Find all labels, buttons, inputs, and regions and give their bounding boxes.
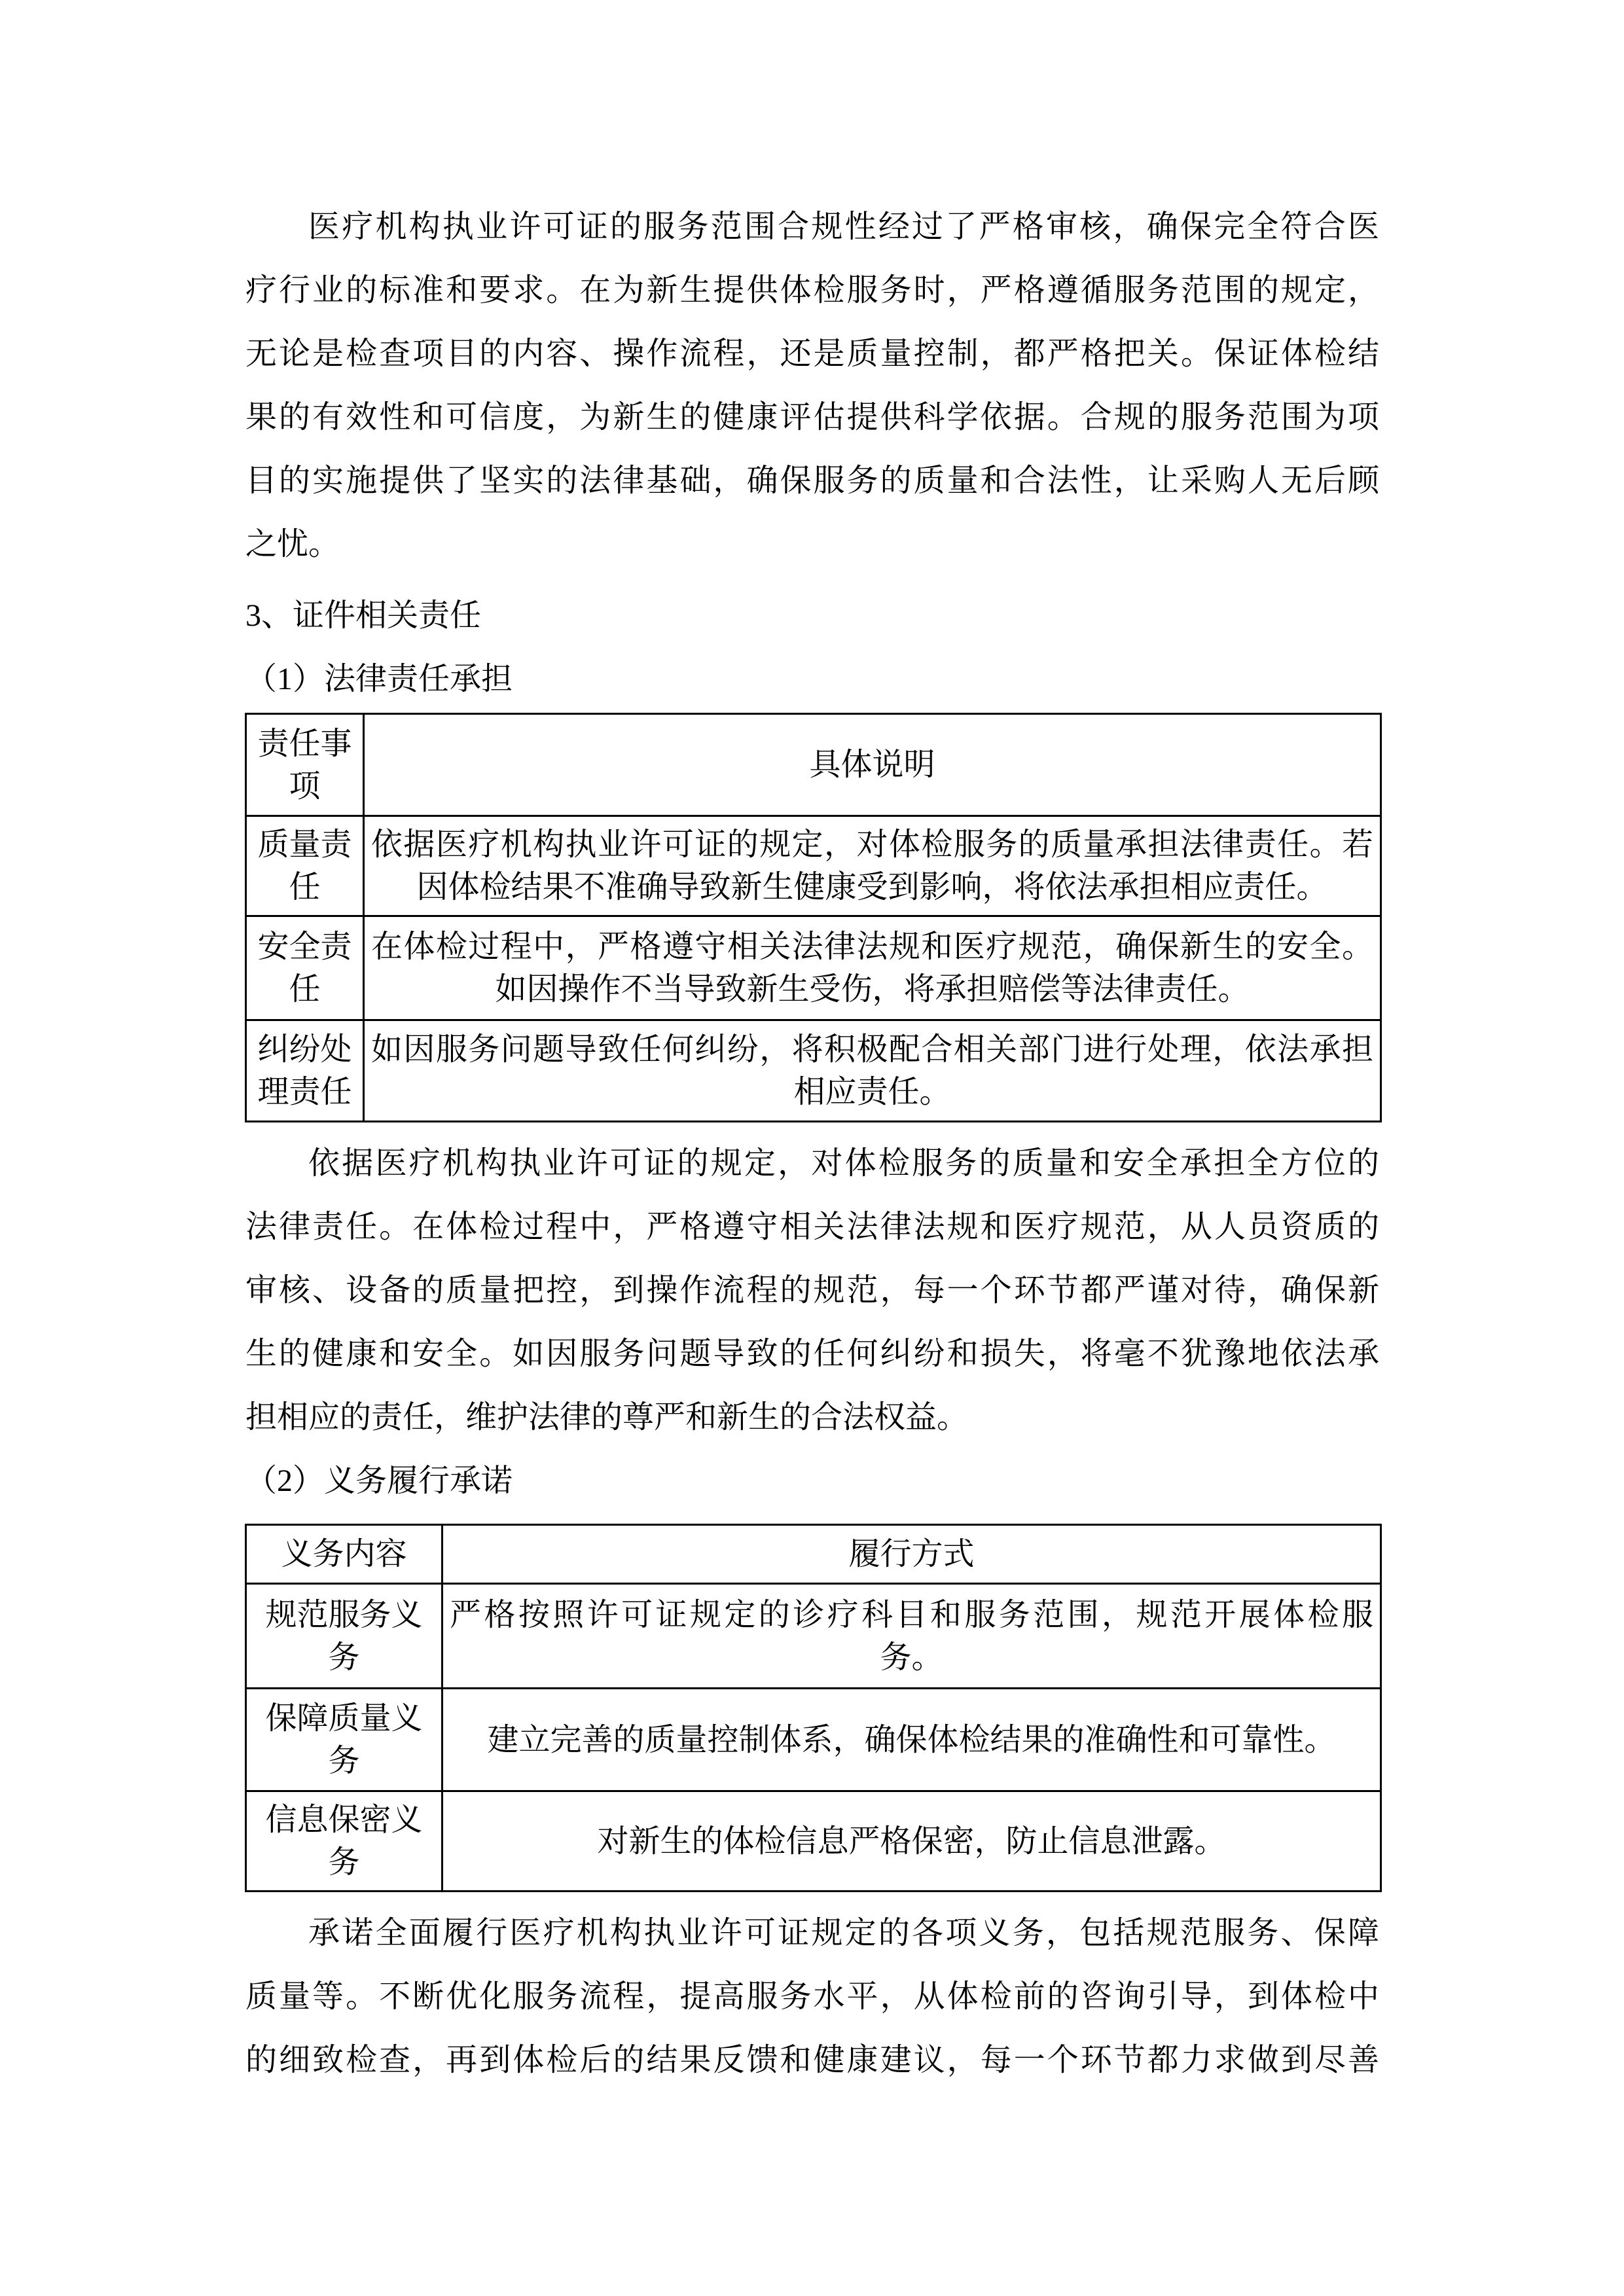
text-line: 务 (251, 1841, 437, 1884)
text-line: 具体说明 (371, 744, 1373, 786)
text-line: 义务内容 (251, 1533, 437, 1575)
text-line: 责任事 (251, 723, 359, 765)
table-row: 规范服务义 务 严格按照许可证规定的诊疗科目和服务范围，规范开展体检服 务。 (246, 1584, 1381, 1689)
cell-quality-guarantee-description: 建立完善的质量控制体系，确保体检结果的准确性和可靠性。 (442, 1689, 1381, 1791)
text-line: 任 (251, 866, 359, 908)
text-line: 理责任 (251, 1071, 359, 1113)
cell-safety-description: 在体检过程中，严格遵守相关法律法规和医疗规范，确保新生的安全。 如因操作不当导致… (364, 916, 1381, 1020)
text-line: 任 (251, 968, 359, 1011)
paragraph-obligation-fulfillment: 承诺全面履行医疗机构执业许可证规定的各项义务，包括规范服务、保障 质量等。不断优… (245, 1901, 1379, 2092)
text-line: 目的实施提供了坚实的法律基础，确保服务的质量和合法性，让采购人无后顾 (245, 449, 1379, 512)
subheading-legal-responsibility: （1）法律责任承担 (245, 647, 1379, 711)
paragraph-license-compliance: 医疗机构执业许可证的服务范围合规性经过了严格审核，确保完全符合医 疗行业的标准和… (245, 195, 1379, 576)
obligation-commitment-table: 义务内容 履行方式 规范服务义 务 严格按照许可证规定的诊疗科目和服务范围，规范… (245, 1524, 1382, 1892)
text-line: 务 (251, 1636, 437, 1679)
cell-safety-responsibility: 安全责 任 (246, 916, 364, 1020)
text-line: 信息保密义 (251, 1799, 437, 1841)
header-cell-obligation-content: 义务内容 (246, 1525, 442, 1584)
text-line: 在体检过程中，严格遵守相关法律法规和医疗规范，确保新生的安全。 (371, 925, 1373, 968)
paragraph-legal-commitment: 依据医疗机构执业许可证的规定，对体检服务的质量和安全承担全方位的 法律责任。在体… (245, 1132, 1379, 1449)
text-line: 的细致检查，再到体检后的结果反馈和健康建议，每一个环节都力求做到尽善 (245, 2028, 1379, 2092)
document-page: 医疗机构执业许可证的服务范围合规性经过了严格审核，确保完全符合医 疗行业的标准和… (0, 0, 1624, 2296)
text-line: 相应责任。 (371, 1071, 1373, 1113)
text-line: 生的健康和安全。如因服务问题导致的任何纠纷和损失，将毫不犹豫地依法承 (245, 1322, 1379, 1386)
text-line: 如因操作不当导致新生受伤，将承担赔偿等法律责任。 (371, 968, 1373, 1011)
table-row: 保障质量义 务 建立完善的质量控制体系，确保体检结果的准确性和可靠性。 (246, 1689, 1381, 1791)
cell-information-confidentiality-obligation: 信息保密义 务 (246, 1791, 442, 1892)
text-line: 规范服务义 (251, 1594, 437, 1636)
text-line: 严格按照许可证规定的诊疗科目和服务范围，规范开展体检服 (450, 1594, 1373, 1636)
text-line: 项 (251, 765, 359, 808)
text-line: 保障质量义 (251, 1697, 437, 1740)
text-line: 质量责 (251, 823, 359, 866)
cell-quality-responsibility: 质量责 任 (246, 816, 364, 916)
cell-dispute-responsibility: 纠纷处 理责任 (246, 1020, 364, 1122)
text-line: 对新生的体检信息严格保密，防止信息泄露。 (450, 1820, 1373, 1863)
text-line: 务 (251, 1740, 437, 1782)
text-line: 担相应的责任，维护法律的尊严和新生的合法权益。 (245, 1386, 1379, 1449)
table-header-row: 责任事 项 具体说明 (246, 714, 1381, 816)
table-row: 安全责 任 在体检过程中，严格遵守相关法律法规和医疗规范，确保新生的安全。 如因… (246, 916, 1381, 1020)
document-content: 医疗机构执业许可证的服务范围合规性经过了严格审核，确保完全符合医 疗行业的标准和… (245, 0, 1379, 2092)
text-line: 依据医疗机构执业许可证的规定，对体检服务的质量承担法律责任。若 (371, 823, 1373, 866)
text-line: 如因服务问题导致任何纠纷，将积极配合相关部门进行处理，依法承担 (371, 1028, 1373, 1071)
text-line: 疗行业的标准和要求。在为新生提供体检服务时，严格遵循服务范围的规定， (245, 259, 1379, 322)
text-line: 履行方式 (450, 1533, 1373, 1575)
header-cell-fulfillment-method: 履行方式 (442, 1525, 1381, 1584)
text-line: 依据医疗机构执业许可证的规定，对体检服务的质量和安全承担全方位的 (245, 1132, 1379, 1195)
text-line: 安全责 (251, 925, 359, 968)
cell-information-confidentiality-description: 对新生的体检信息严格保密，防止信息泄露。 (442, 1791, 1381, 1892)
text-line: 果的有效性和可信度，为新生的健康评估提供科学依据。合规的服务范围为项 (245, 386, 1379, 449)
text-line: 务。 (450, 1636, 1373, 1679)
subheading-obligation-commitment: （2）义务履行承诺 (245, 1449, 1379, 1513)
table-row: 纠纷处 理责任 如因服务问题导致任何纠纷，将积极配合相关部门进行处理，依法承担 … (246, 1020, 1381, 1122)
section-heading-certificate-responsibility: 3、证件相关责任 (245, 584, 1379, 647)
text-line: 纠纷处 (251, 1028, 359, 1071)
text-line: 法律责任。在体检过程中，严格遵守相关法律法规和医疗规范，从人员资质的 (245, 1195, 1379, 1259)
table-row: 质量责 任 依据医疗机构执业许可证的规定，对体检服务的质量承担法律责任。若 因体… (246, 816, 1381, 916)
cell-standard-service-description: 严格按照许可证规定的诊疗科目和服务范围，规范开展体检服 务。 (442, 1584, 1381, 1689)
header-cell-detail: 具体说明 (364, 714, 1381, 816)
legal-responsibility-table: 责任事 项 具体说明 质量责 任 依据医疗机构执业许可证的规定，对体检服务的质量… (245, 713, 1382, 1122)
text-line: 无论是检查项目的内容、操作流程，还是质量控制，都严格把关。保证体检结 (245, 322, 1379, 386)
text-line: 承诺全面履行医疗机构执业许可证规定的各项义务，包括规范服务、保障 (245, 1901, 1379, 1965)
text-line: 之忧。 (245, 512, 1379, 576)
text-line: 审核、设备的质量把控，到操作流程的规范，每一个环节都严谨对待，确保新 (245, 1259, 1379, 1322)
cell-quality-guarantee-obligation: 保障质量义 务 (246, 1689, 442, 1791)
cell-standard-service-obligation: 规范服务义 务 (246, 1584, 442, 1689)
text-line: 质量等。不断优化服务流程，提高服务水平，从体检前的咨询引导，到体检中 (245, 1965, 1379, 2028)
text-line: 因体检结果不准确导致新生健康受到影响，将依法承担相应责任。 (371, 866, 1373, 908)
text-line: 医疗机构执业许可证的服务范围合规性经过了严格审核，确保完全符合医 (245, 195, 1379, 259)
cell-dispute-description: 如因服务问题导致任何纠纷，将积极配合相关部门进行处理，依法承担 相应责任。 (364, 1020, 1381, 1122)
cell-quality-description: 依据医疗机构执业许可证的规定，对体检服务的质量承担法律责任。若 因体检结果不准确… (364, 816, 1381, 916)
table-header-row: 义务内容 履行方式 (246, 1525, 1381, 1584)
text-line: 建立完善的质量控制体系，确保体检结果的准确性和可靠性。 (450, 1719, 1373, 1761)
table-row: 信息保密义 务 对新生的体检信息严格保密，防止信息泄露。 (246, 1791, 1381, 1892)
header-cell-responsibility-item: 责任事 项 (246, 714, 364, 816)
